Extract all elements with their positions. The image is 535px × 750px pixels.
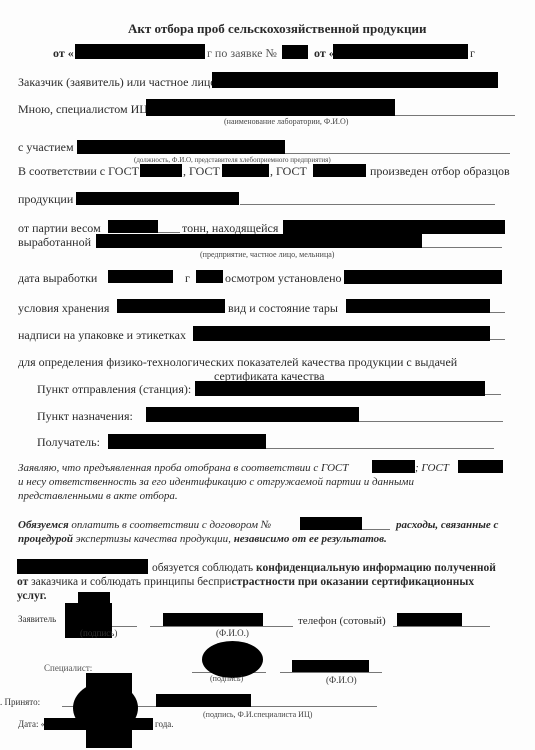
redacted-participant: [77, 140, 285, 154]
customer-label: Заказчик (заявитель) или частное лицо: [18, 75, 216, 89]
specialist-caption: (наименование лаборатории, Ф.И.О): [224, 117, 348, 127]
redacted-date: [75, 44, 205, 59]
fill-line: [158, 232, 180, 233]
redacted-storage: [117, 299, 225, 313]
redacted-location: [283, 220, 505, 234]
redacted-inspection: [344, 270, 502, 284]
obligation-rest: экспертизы качества продукции,: [76, 533, 231, 545]
redacted-container: [346, 299, 490, 313]
redacted-lab-name: [146, 99, 395, 116]
gost-sep-1: , ГОСТ: [183, 164, 220, 178]
recipient-label: Получатель:: [37, 435, 100, 449]
fill-line: [285, 153, 510, 154]
confidentiality-bold: конфиденциальную информацию полученной: [256, 562, 496, 574]
specialist-name-caption: (Ф.И.О): [326, 675, 357, 685]
year-label: г: [185, 271, 190, 285]
confidentiality-line-2: от заказчика и соблюдать принципы беспри…: [17, 575, 474, 589]
declaration-line-2: и несу ответственность за его идентифика…: [18, 475, 414, 489]
fill-line: [266, 448, 494, 449]
fill-line: [240, 204, 495, 205]
redacted-gost-2: [222, 164, 269, 177]
confidentiality-mid: обязуется соблюдать: [152, 562, 253, 574]
fill-line: [280, 672, 382, 673]
redacted-phone: [397, 613, 462, 626]
redacted-year: [196, 270, 223, 283]
specialist-label: Мною, специалистом ИЦ: [18, 102, 148, 116]
redacted-product: [76, 192, 239, 205]
declaration-sep: ; ГОСТ: [415, 461, 449, 475]
redacted-producer: [96, 234, 422, 248]
gost-prefix: В соответствии с ГОСТ: [18, 164, 139, 178]
redacted-specialist-signature: [202, 641, 263, 678]
container-label: вид и состояние тары: [228, 301, 338, 315]
fill-line: [359, 421, 503, 422]
redacted-applicant-name: [163, 613, 263, 626]
redacted-specialist-name: [292, 660, 369, 672]
fill-line: [485, 394, 501, 395]
packaging-labels-label: надписи на упаковке и этикетках: [18, 328, 186, 342]
redacted-production-date: [108, 270, 173, 283]
obligation-mid: оплатить в соответствии с договором №: [71, 519, 271, 531]
confidentiality-line-1: обязуется соблюдать конфиденциальную инф…: [152, 561, 496, 575]
redacted-declaration-gost-1: [372, 460, 415, 473]
date-suffix: года.: [155, 719, 174, 729]
redacted-accepted-name: [156, 694, 251, 707]
tons-label: тонн, находящейся: [182, 221, 278, 235]
fill-line: [393, 626, 490, 627]
obligation-line-1: Обязуемся оплатить в соответствии с дого…: [18, 518, 271, 532]
redacted-gost-3: [313, 164, 366, 177]
product-label: продукции: [18, 192, 73, 206]
redacted-customer: [212, 72, 498, 88]
obligation-end-2: независимо от ее результатов.: [234, 533, 387, 545]
redacted-organization: [17, 559, 148, 574]
declaration-line-1: Заявляю, что предъявленная проба отобран…: [18, 461, 349, 475]
redacted-request-date: [333, 44, 468, 59]
redacted-request-number: [282, 45, 308, 59]
gost-suffix: произведен отбор образцов: [370, 164, 510, 178]
accepted-label: . Принято:: [0, 697, 40, 707]
confidentiality-line-3: услуг.: [17, 589, 47, 603]
redacted-departure: [195, 381, 485, 396]
confidentiality-start: от: [17, 576, 28, 588]
document-title: Акт отбора проб сельскохозяйственной про…: [128, 22, 426, 36]
inspection-label: осмотром установлено: [225, 271, 342, 285]
specialist-signature-caption: (подпись): [210, 674, 243, 684]
produced-label: выработанной: [18, 235, 91, 249]
obligation-end: расходы, связанные с: [396, 518, 498, 532]
fill-line: [150, 626, 293, 627]
gost-sep-2: , ГОСТ: [270, 164, 307, 178]
fill-line: [490, 312, 505, 313]
fill-line: [112, 626, 137, 627]
confidentiality-mid-2: заказчика и соблюдать принципы беспри: [31, 576, 231, 588]
phone-label: телефон (сотовый): [298, 614, 386, 628]
batch-label: от партии весом: [18, 221, 101, 235]
redacted-packaging-labels: [193, 326, 490, 341]
redacted-declaration-gost-2: [458, 460, 503, 473]
fill-line: [490, 339, 505, 340]
purpose-text: для определения физико-технологических п…: [18, 355, 457, 369]
produced-caption: (предприятие, частное лицо, мельница): [200, 250, 334, 260]
date-prefix-2: от «: [314, 46, 335, 60]
fill-line: [395, 115, 515, 116]
date-label: Дата: «: [18, 719, 45, 729]
year-suffix-2: г: [470, 46, 475, 60]
applicant-signature-caption: (подпись): [80, 628, 117, 638]
redacted-signing-date: [44, 718, 153, 730]
confidentiality-bold-2: страстности при оказании сертификационны…: [231, 576, 474, 588]
departure-label: Пункт отправления (станция):: [37, 382, 191, 396]
accepted-caption: (подпись, Ф.И.специалиста ИЦ): [203, 710, 312, 720]
obligation-bold: Обязуемся: [18, 519, 69, 531]
applicant-name-caption: (Ф.И.О.): [216, 628, 249, 638]
request-label: г по заявке №: [207, 46, 277, 60]
scanned-document-page: Акт отбора проб сельскохозяйственной про…: [0, 0, 535, 750]
destination-label: Пункт назначения:: [37, 409, 133, 423]
redacted-contract-number: [300, 517, 362, 530]
redacted-destination: [146, 407, 359, 422]
specialist-sign-label: Специалист:: [44, 663, 92, 673]
redacted-recipient: [108, 434, 266, 449]
declaration-line-3: представленными в акте отбора.: [18, 489, 178, 503]
obligation-line-2: процедурой экспертизы качества продукции…: [18, 532, 387, 546]
date-prefix: от «: [53, 46, 74, 60]
fill-line: [362, 529, 390, 530]
storage-label: условия хранения: [18, 301, 109, 315]
redacted-gost-1: [140, 164, 182, 177]
fill-line: [422, 247, 502, 248]
participation-label: с участием: [18, 140, 74, 154]
applicant-label: Заявитель: [18, 614, 56, 624]
redacted-weight: [108, 220, 158, 233]
production-date-label: дата выработки: [18, 271, 97, 285]
obligation-bold-2: процедурой: [18, 533, 73, 545]
